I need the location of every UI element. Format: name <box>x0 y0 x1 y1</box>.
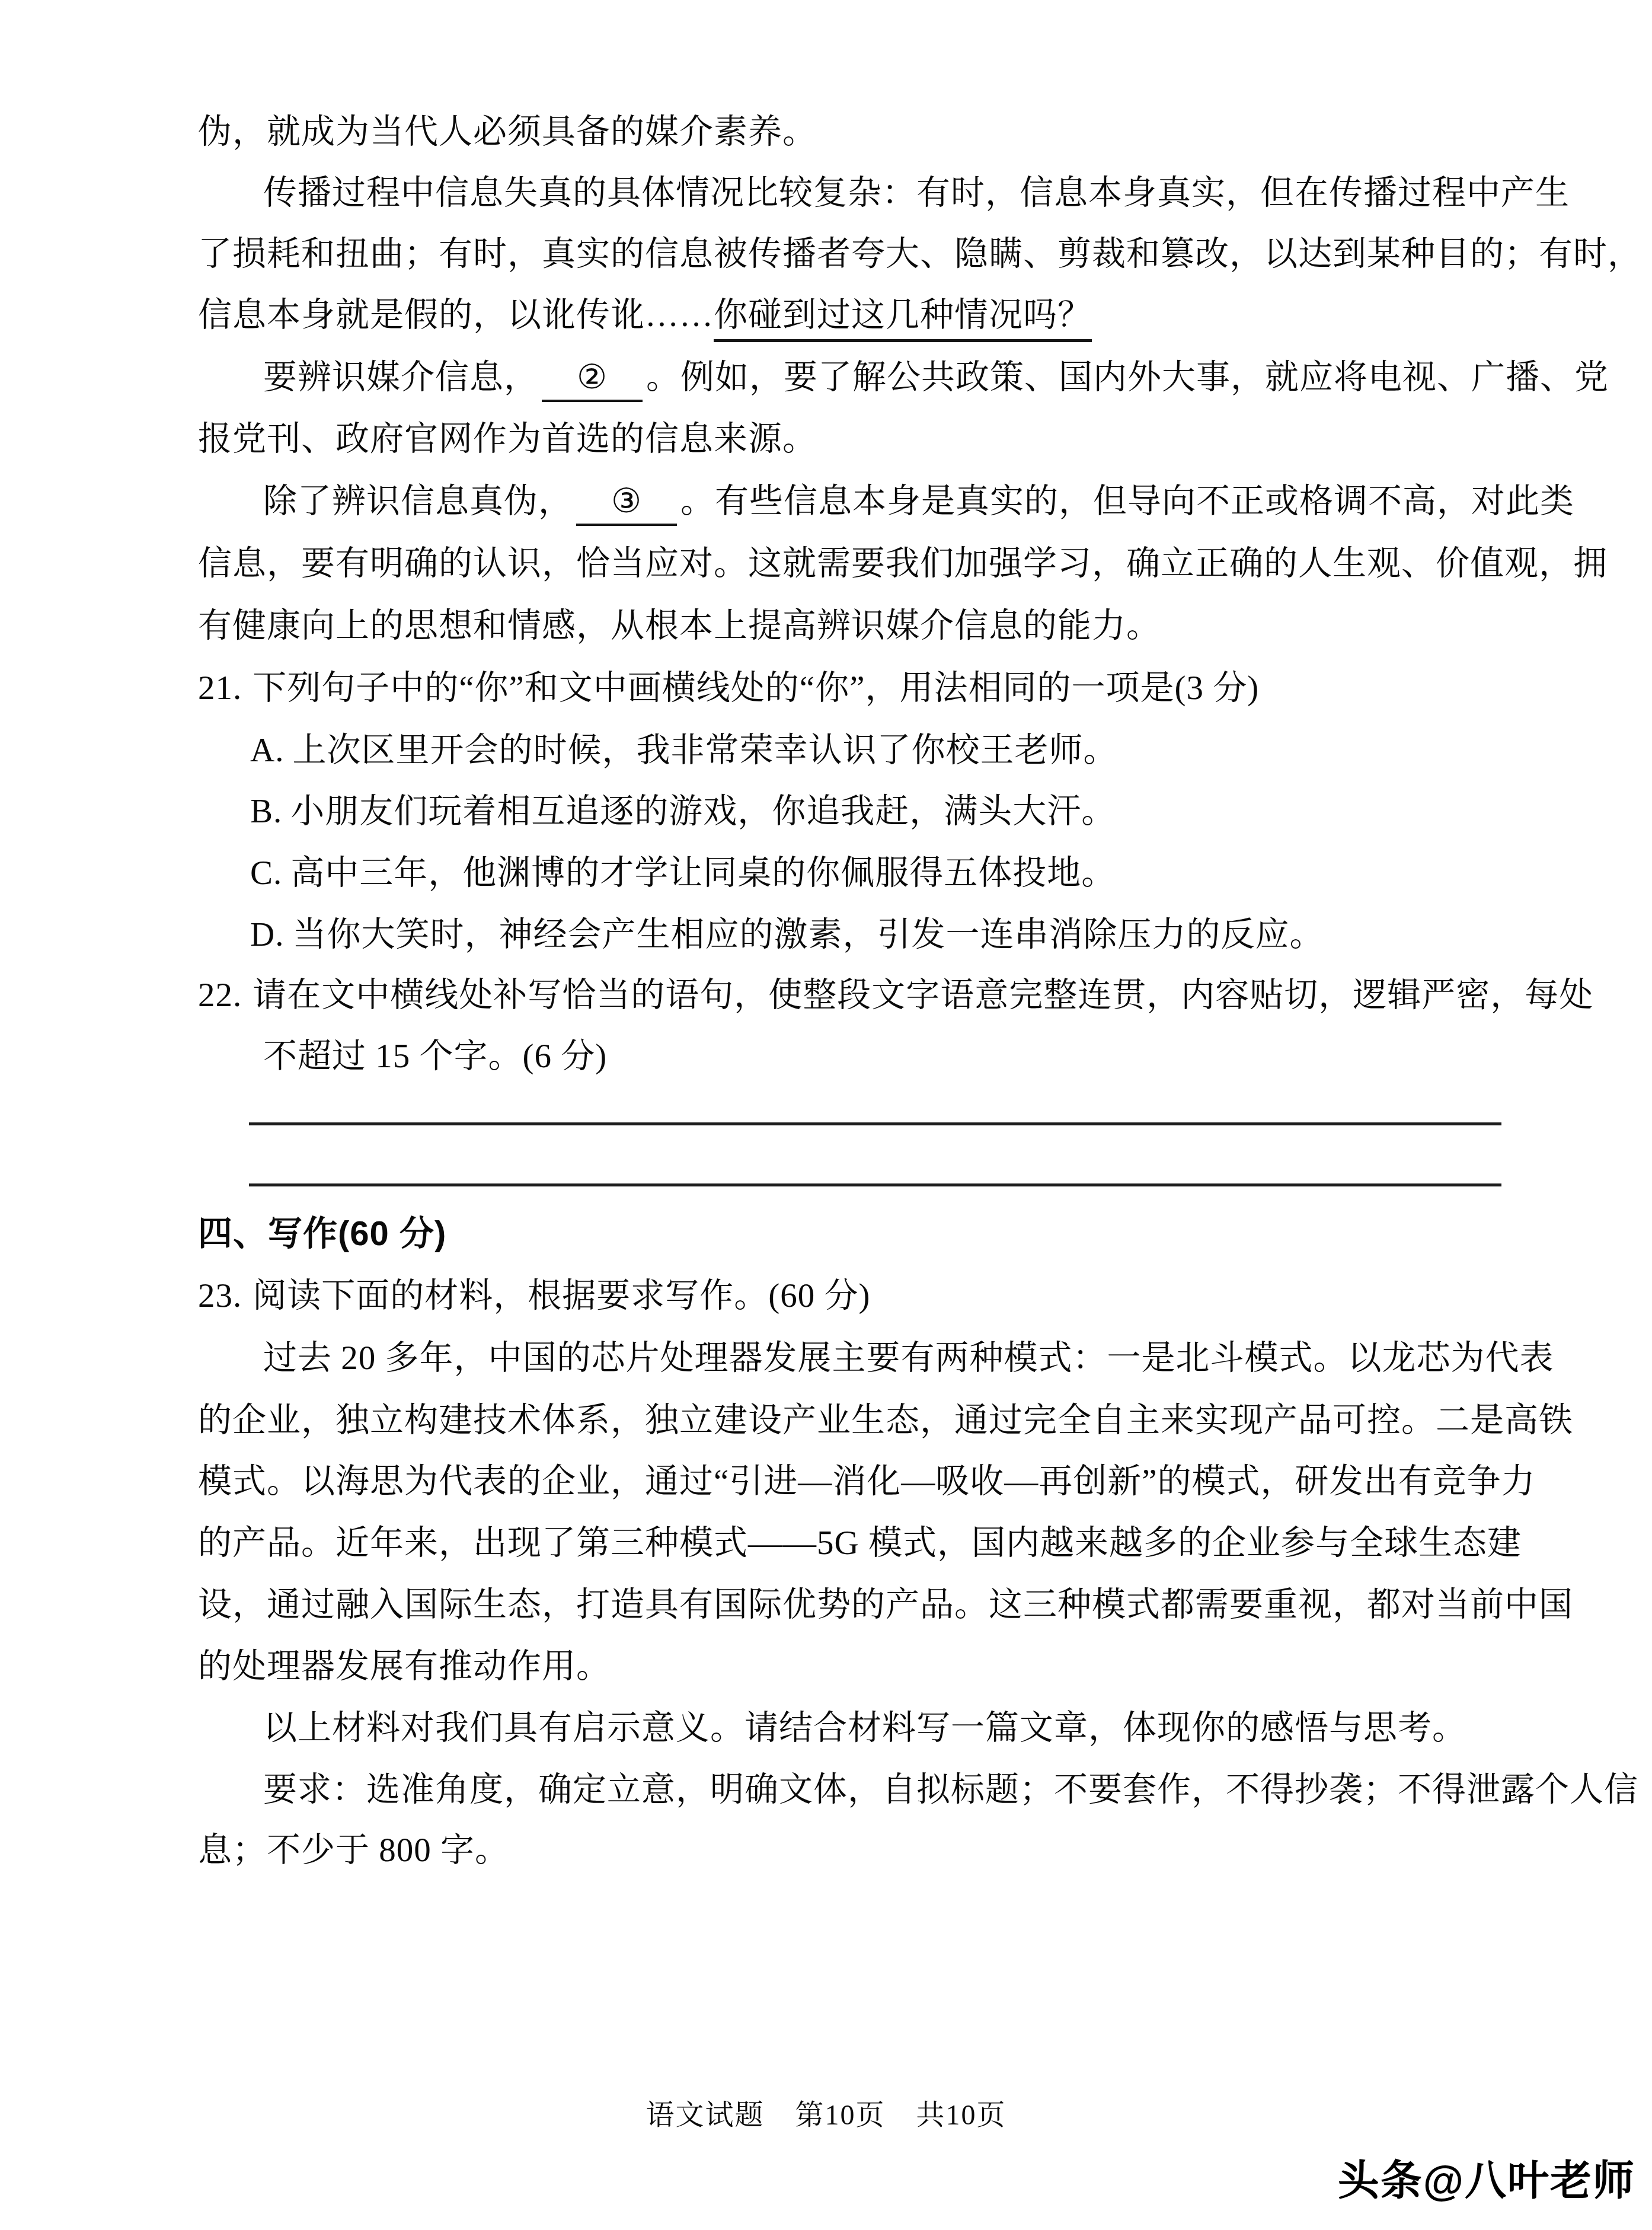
question-22-text: 请在文中横线处补写恰当的语句，使整段文字语意完整连贯，内容贴切，逻辑严密，每处 <box>253 977 1593 1014</box>
passage-line: 有健康向上的思想和情感，从根本上提高辨识媒介信息的能力。 <box>198 608 1161 645</box>
question-23-number: 23. <box>198 1278 242 1315</box>
option-d-text: 当你大笑时，神经会产生相应的激素，引发一连串消除压力的反应。 <box>292 916 1324 953</box>
answer-line-1 <box>249 1122 1501 1125</box>
material-line: 的处理器发展有推动作用。 <box>198 1648 611 1685</box>
question-21-stem: 21.下列句子中的“你”和文中画横线处的“你”，用法相同的一项是(3 分) <box>198 670 1259 707</box>
material-line: 的企业，独立构建技术体系，独立建设产业生态，通过完全自主来实现产品可控。二是高铁 <box>198 1402 1573 1439</box>
option-d-label: D. <box>250 917 284 953</box>
question-22-stem: 22.请在文中横线处补写恰当的语句，使整段文字语意完整连贯，内容贴切，逻辑严密，… <box>198 977 1593 1014</box>
passage-line: 了损耗和扭曲；有时，真实的信息被传播者夸大、隐瞒、剪裁和篡改，以达到某种目的；有… <box>198 236 1642 273</box>
option-b-label: B. <box>250 793 282 830</box>
material-line: 过去 20 多年，中国的芯片处理器发展主要有两种模式：一是北斗模式。以龙芯为代表 <box>263 1340 1554 1377</box>
material-line: 的产品。近年来，出现了第三种模式——5G 模式，国内越来越多的企业参与全球生态建 <box>198 1525 1522 1562</box>
answer-line-2 <box>249 1183 1501 1186</box>
passage-line: 信息，要有明确的认识，恰当应对。这就需要我们加强学习，确立正确的人生观、价值观，… <box>198 545 1608 582</box>
option-a-label: A. <box>250 732 284 769</box>
material-line: 以上材料对我们具有启示意义。请结合材料写一篇文章，体现你的感悟与思考。 <box>263 1710 1466 1747</box>
passage-text: 除了辨识信息真伪， <box>263 483 573 520</box>
question-21-option-d: D.当你大笑时，神经会产生相应的激素，引发一连串消除压力的反应。 <box>250 917 1324 953</box>
footer-page-total: 共10页 <box>901 2100 1022 2131</box>
passage-line: 要辨识媒介信息，②。例如，要了解公共政策、国内外大事，就应将电视、广播、党 <box>263 359 1609 402</box>
question-21-option-b: B.小朋友们玩着相互追逐的游戏，你追我赶，满头大汗。 <box>250 793 1116 830</box>
option-a-text: 上次区里开会的时候，我非常荣幸认识了你校王老师。 <box>292 732 1117 769</box>
question-21-option-a: A.上次区里开会的时候，我非常荣幸认识了你校王老师。 <box>250 732 1117 769</box>
question-21-option-c: C.高中三年，他渊博的才学让同桌的你佩服得五体投地。 <box>250 855 1116 892</box>
option-c-label: C. <box>250 855 282 892</box>
underlined-sentence: 你碰到过这几种情况吗？ <box>714 296 1092 342</box>
passage-line: 伪，就成为当代人必须具备的媒介素养。 <box>198 114 817 151</box>
footer-doc-title: 语文试题 <box>630 2100 779 2131</box>
question-21-number: 21. <box>198 670 242 707</box>
watermark-text: 头条@八叶老师 <box>1338 2148 1635 2207</box>
material-line: 模式。以海思为代表的企业，通过“引进—消化—吸收—再创新”的模式，研发出有竞争力 <box>198 1463 1536 1500</box>
section-4-heading: 四、写作(60 分) <box>198 1216 446 1252</box>
option-b-text: 小朋友们玩着相互追逐的游戏，你追我赶，满头大汗。 <box>290 793 1116 830</box>
passage-text: 。例如，要了解公共政策、国内外大事，就应将电视、广播、党 <box>646 359 1609 396</box>
question-23-text: 阅读下面的材料，根据要求写作。(60 分) <box>253 1277 870 1315</box>
question-22-stem-line2: 不超过 15 个字。(6 分) <box>263 1038 607 1075</box>
question-22-number: 22. <box>198 977 242 1014</box>
material-line: 息；不少于 800 字。 <box>198 1832 509 1869</box>
question-23-stem: 23.阅读下面的材料，根据要求写作。(60 分) <box>198 1278 870 1315</box>
blank-3: ③ <box>576 483 677 526</box>
footer-page-number: 第10页 <box>779 2100 900 2131</box>
passage-line: 信息本身就是假的，以讹传讹……你碰到过这几种情况吗？ <box>198 297 1092 334</box>
passage-text: 要辨识媒介信息， <box>263 359 538 396</box>
blank-2: ② <box>542 359 643 402</box>
question-21-text: 下列句子中的“你”和文中画横线处的“你”，用法相同的一项是(3 分) <box>253 669 1259 707</box>
page-footer: 语文试题第10页共10页 <box>0 2092 1652 2133</box>
material-line: 要求：选准角度，确定立意，明确文体，自拟标题；不要套作，不得抄袭；不得泄露个人信 <box>263 1772 1638 1808</box>
passage-line: 报党刊、政府官网作为首选的信息来源。 <box>198 421 817 458</box>
option-c-text: 高中三年，他渊博的才学让同桌的你佩服得五体投地。 <box>290 854 1116 892</box>
passage-text: 信息本身就是假的，以讹传讹…… <box>198 296 714 334</box>
passage-line: 除了辨识信息真伪，③。有些信息本身是真实的，但导向不正或格调不高，对此类 <box>263 483 1574 526</box>
exam-page: 伪，就成为当代人必须具备的媒介素养。 传播过程中信息失真的具体情况比较复杂：有时… <box>0 0 1652 2230</box>
passage-text: 。有些信息本身是真实的，但导向不正或格调不高，对此类 <box>680 483 1574 520</box>
passage-line: 传播过程中信息失真的具体情况比较复杂：有时，信息本身真实，但在传播过程中产生 <box>263 175 1570 212</box>
material-line: 设，通过融入国际生态，打造具有国际优势的产品。这三种模式都需要重视，都对当前中国 <box>198 1587 1573 1623</box>
